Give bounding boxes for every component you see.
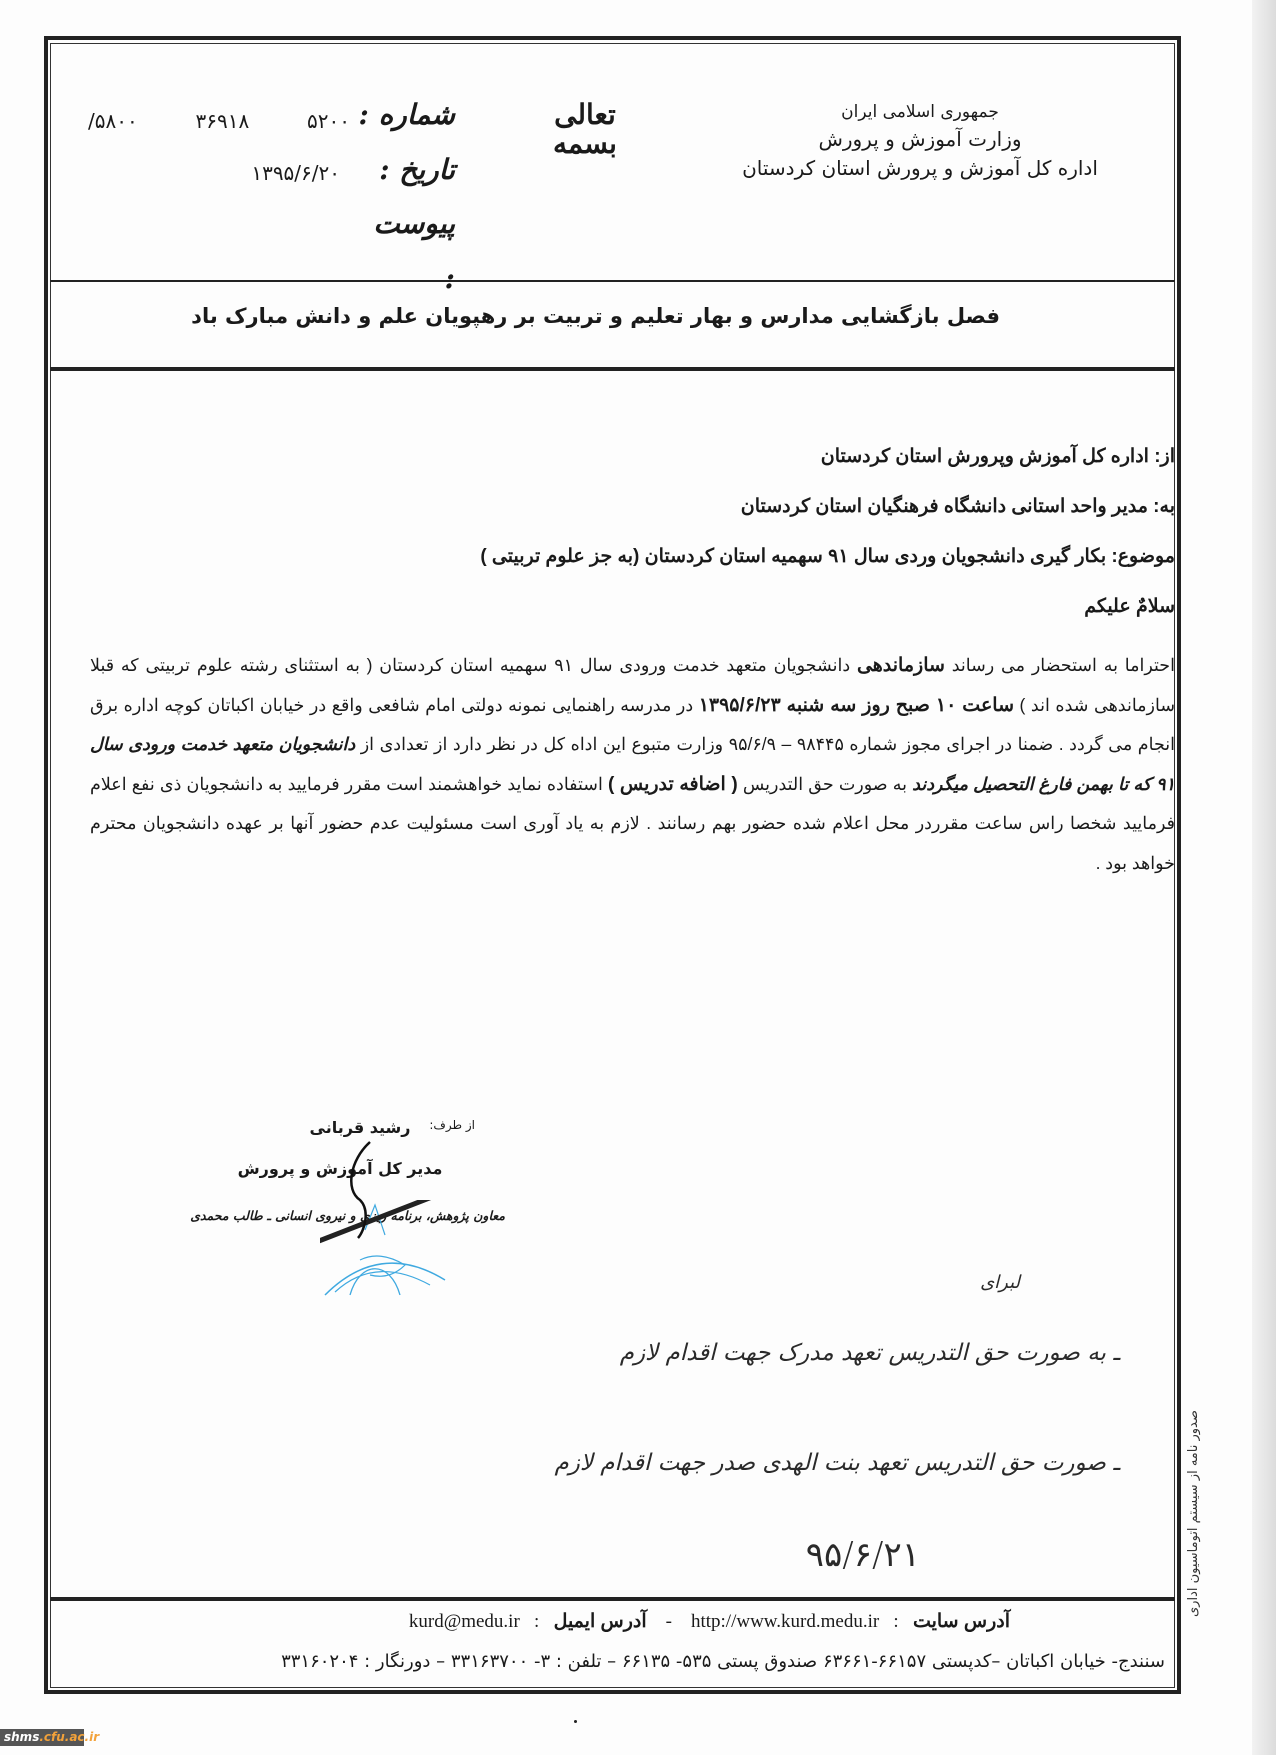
attachment-label: پیوست :	[355, 197, 455, 306]
meta-values: ۵۲۰۰ ۳۶۹۱۸ ۵۸۰۰/ ۱۳۹۵/۶/۲۰	[70, 95, 350, 199]
email-link[interactable]: kurd@medu.ir	[409, 1611, 520, 1632]
to-line: به: مدیر واحد استانی دانشگاه فرهنگیان اس…	[90, 482, 1175, 532]
basmala-top: تعالی	[540, 100, 630, 129]
text-run: به صورت حق التدریس	[738, 774, 912, 794]
from-line: از: اداره کل آموزش وپرورش استان کردستان	[90, 432, 1175, 482]
handwritten-note-2: ـ صورت حق التدریس تعهد بنت الهدی صدر جهت…	[420, 1450, 1120, 1476]
footer-divider	[50, 1597, 1175, 1601]
country-name: جمهوری اسلامی ایران	[735, 100, 1105, 125]
site-label: آدرس سایت	[913, 1611, 1010, 1632]
page-dot	[574, 1720, 577, 1723]
salutation: سلامٌ علیکم	[90, 582, 1175, 632]
header-divider	[50, 280, 1175, 282]
meta-labels: شماره : تاریخ : پیوست :	[355, 88, 455, 306]
signature-stroke-icon	[340, 1140, 380, 1240]
meeting-time: ساعت ۱۰ صبح روز سه شنبه ۱۳۹۵/۶/۲۳	[699, 695, 1014, 716]
footer-address: سنندج- خیابان اکباتان –کدپستی ۶۶۱۵۷-۶۳۶۶…	[80, 1651, 1165, 1672]
bold-run: سازماندهی	[857, 655, 945, 676]
basmala-calligraphy: تعالی بسمه	[540, 100, 630, 159]
page-edge-shadow	[1252, 0, 1276, 1755]
letterhead: جمهوری اسلامی ایران وزارت آموزش و پرورش …	[735, 100, 1105, 183]
letter-body: از: اداره کل آموزش وپرورش استان کردستان …	[90, 432, 1175, 883]
handwritten-addressee: لبرای	[900, 1272, 1020, 1293]
department-name: اداره کل آموزش و پرورش استان کردستان	[735, 154, 1105, 183]
basmala-bottom: بسمه	[540, 129, 630, 158]
source-watermark: shms.cfu.ac.ir	[0, 1729, 84, 1746]
signatory-name: رشید قربانی	[215, 1118, 465, 1137]
site-link[interactable]: http://www.kurd.medu.ir	[691, 1611, 879, 1632]
school-opening-banner: فصل بازگشایی مدارس و بهار تعلیم و تربیت …	[100, 304, 1000, 328]
subject-line: موضوع: بکار گیری دانشجویان وردی سال ۹۱ س…	[90, 532, 1175, 582]
ministry-name: وزارت آموزش و پرورش	[735, 125, 1105, 154]
number-part: ۳۶۹۱۸	[196, 95, 250, 147]
automation-side-note: صدور نامه از سیستم اتوماسیون اداری	[1186, 1410, 1206, 1710]
banner-divider	[50, 367, 1175, 371]
body-paragraph: احتراما به استحضار می رساند سازماندهی دا…	[90, 646, 1175, 883]
letter-number: ۵۲۰۰ ۳۶۹۱۸ ۵۸۰۰/	[70, 95, 350, 147]
date-label: تاریخ :	[355, 143, 455, 198]
handwritten-date: ۹۵/۶/۲۱	[760, 1535, 920, 1575]
email-label: آدرس ایمیل	[554, 1611, 647, 1632]
bold-run: ( اضافه تدریس )	[608, 774, 738, 795]
watermark-part: shms	[4, 1730, 39, 1744]
letter-date: ۱۳۹۵/۶/۲۰	[70, 147, 350, 199]
number-part: ۵۲۰۰	[307, 95, 350, 147]
watermark-part: .cfu.ac.ir	[39, 1730, 99, 1744]
on-behalf-label: از طرف:	[429, 1118, 475, 1132]
footer-contacts: آدرس سایت : http://www.kurd.medu.ir - آد…	[90, 1610, 1010, 1633]
text-run: احتراما به استحضار می رساند	[945, 655, 1175, 675]
number-label: شماره :	[355, 88, 455, 143]
number-part: ۵۸۰۰/	[88, 95, 138, 147]
handwritten-note-1: ـ به صورت حق التدریس تعهد مدرک جهت اقدام…	[460, 1340, 1120, 1366]
